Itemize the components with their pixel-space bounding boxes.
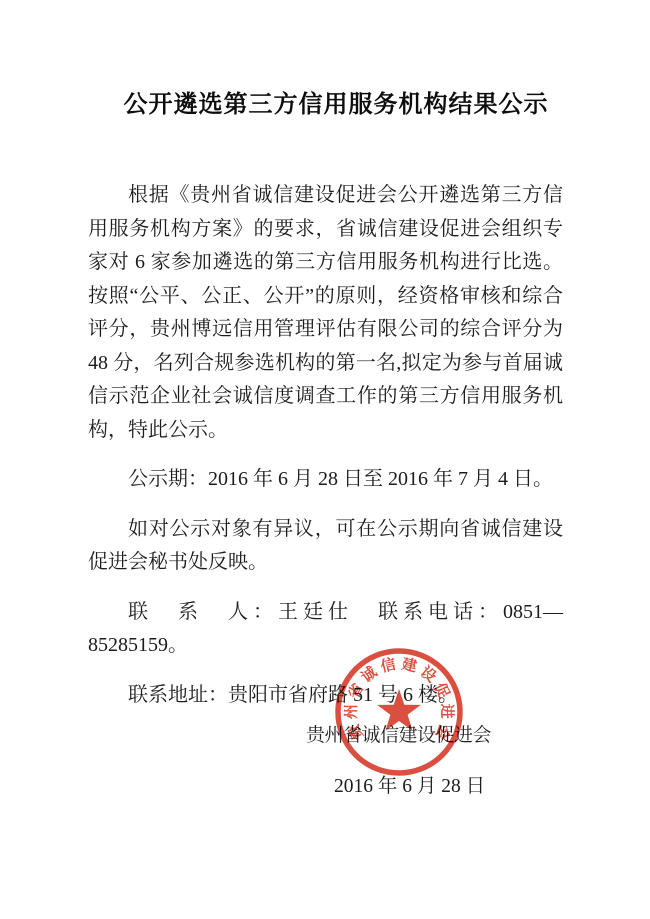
contact-address: 联系地址：贵阳市省府路 51 号 6 楼。 bbox=[88, 679, 563, 713]
paragraph-objection: 如对公示对象有异议，可在公示期向省诚信建设促进会秘书处反映。 bbox=[88, 513, 563, 580]
contact-person: 联 系 人：王廷仕 bbox=[128, 601, 353, 623]
paragraph-intro: 根据《贵州省诚信建设促进会公开遴选第三方信用服务机构方案》的要求，省诚信建设促进… bbox=[88, 179, 563, 447]
document-body: 根据《贵州省诚信建设促进会公开遴选第三方信用服务机构方案》的要求，省诚信建设促进… bbox=[88, 179, 563, 712]
signature-organization: 贵州省诚信建设促进会 bbox=[306, 720, 491, 747]
paragraph-publicity-period: 公示期：2016 年 6 月 28 日至 2016 年 7 月 4 日。 bbox=[88, 463, 563, 497]
contact-line: 联 系 人：王廷仕联系电话：0851—85285159。 bbox=[88, 596, 563, 663]
page-title: 公开遴选第三方信用服务机构结果公示 bbox=[0, 0, 650, 121]
document-page: 公开遴选第三方信用服务机构结果公示 根据《贵州省诚信建设促进会公开遴选第三方信用… bbox=[0, 0, 650, 919]
signature-date: 2016 年 6 月 28 日 bbox=[334, 770, 485, 798]
